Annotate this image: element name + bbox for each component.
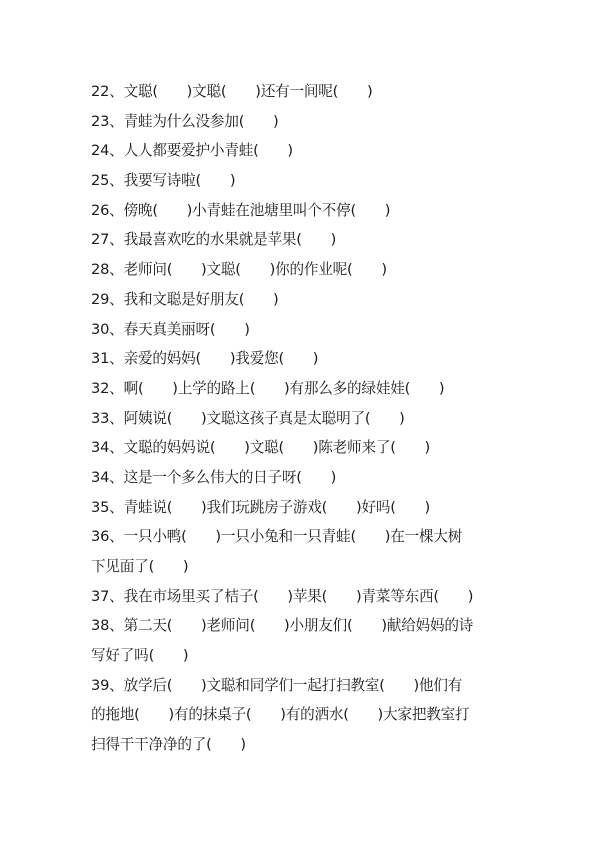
worksheet-body: 22、文聪( )文聪( )还有一间呢( ) 23、青蛙为什么没参加( ) 24、… xyxy=(91,77,511,760)
exercise-36: 36、一只小鸭( )一只小兔和一只青蛙( )在一棵大树 xyxy=(91,522,511,552)
exercise-36-cont: 下见面了( ) xyxy=(91,552,511,582)
exercise-31: 31、亲爱的妈妈( )我爱您( ) xyxy=(91,344,511,374)
exercise-39: 39、放学后( )文聪和同学们一起打扫教室( )他们有 xyxy=(91,671,511,701)
exercise-32: 32、啊( )上学的路上( )有那么多的绿娃娃( ) xyxy=(91,374,511,404)
exercise-23: 23、青蛙为什么没参加( ) xyxy=(91,107,511,137)
exercise-28: 28、老师问( )文聪( )你的作业呢( ) xyxy=(91,255,511,285)
exercise-22: 22、文聪( )文聪( )还有一间呢( ) xyxy=(91,77,511,107)
exercise-33: 33、阿姨说( )文聪这孩子真是太聪明了( ) xyxy=(91,404,511,434)
exercise-38-cont: 写好了吗( ) xyxy=(91,641,511,671)
exercise-26: 26、傍晚( )小青蛙在池塘里叫个不停( ) xyxy=(91,196,511,226)
exercise-25: 25、我要写诗啦( ) xyxy=(91,166,511,196)
exercise-29: 29、我和文聪是好朋友( ) xyxy=(91,285,511,315)
exercise-39-cont1: 的拖地( )有的抹桌子( )有的洒水( )大家把教室打 xyxy=(91,700,511,730)
exercise-37: 37、我在市场里买了桔子( )苹果( )青菜等东西( ) xyxy=(91,582,511,612)
exercise-24: 24、人人都要爱护小青蛙( ) xyxy=(91,136,511,166)
exercise-30: 30、春天真美丽呀( ) xyxy=(91,315,511,345)
exercise-34a: 34、文聪的妈妈说( )文聪( )陈老师来了( ) xyxy=(91,433,511,463)
exercise-38: 38、第二天( )老师问( )小朋友们( )献给妈妈的诗 xyxy=(91,611,511,641)
exercise-35: 35、青蛙说( )我们玩跳房子游戏( )好吗( ) xyxy=(91,493,511,523)
exercise-27: 27、我最喜欢吃的水果就是苹果( ) xyxy=(91,225,511,255)
exercise-39-cont2: 扫得干干净净的了( ) xyxy=(91,730,511,760)
exercise-34b: 34、这是一个多么伟大的日子呀( ) xyxy=(91,463,511,493)
